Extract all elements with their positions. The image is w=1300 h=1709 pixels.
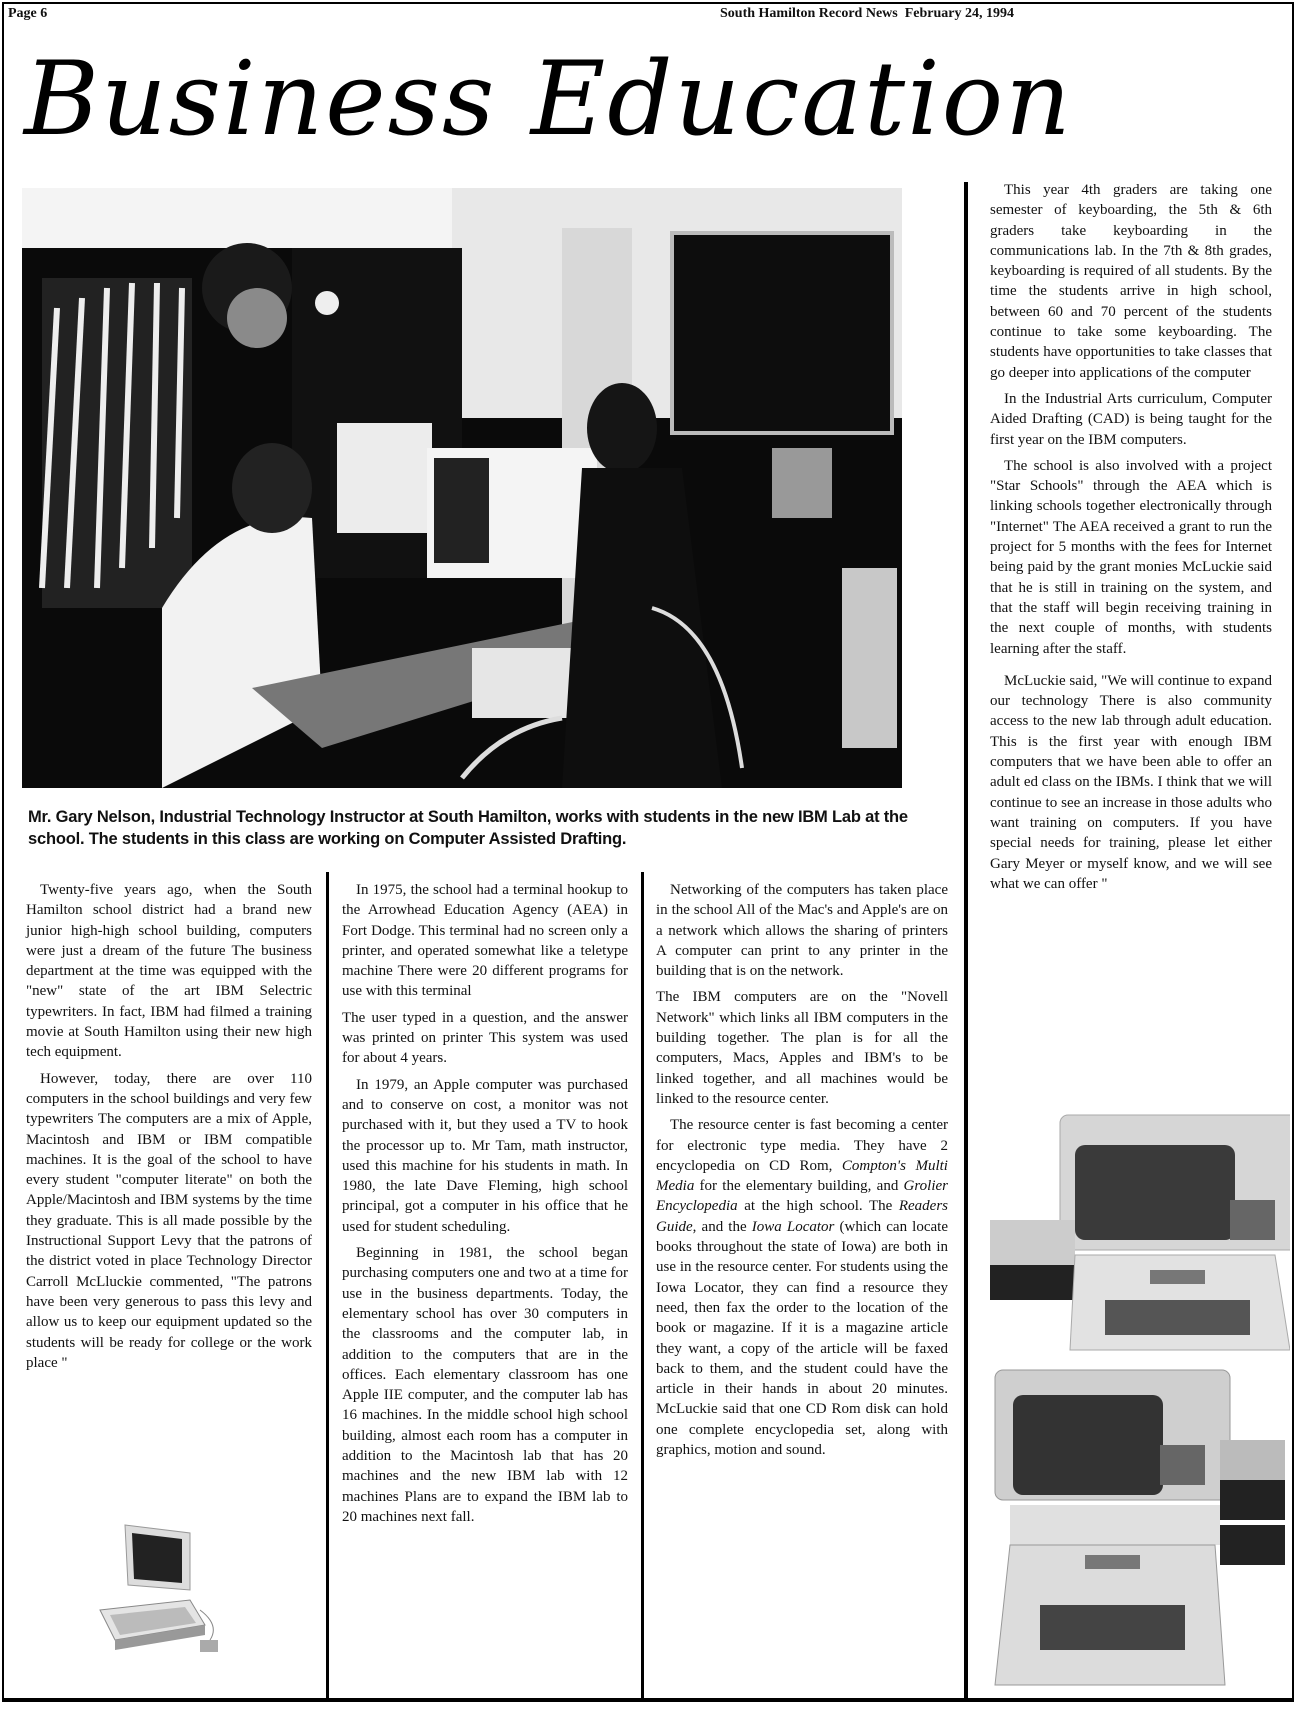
article-column-1: Twenty-five years ago, when the South Ha… [26, 880, 312, 1379]
publication-name: South Hamilton Record News [720, 6, 898, 21]
page-number: Page 6 [8, 6, 47, 22]
section-title: Business Education [24, 40, 1284, 160]
paragraph: However, today, there are over 110 compu… [26, 1069, 312, 1373]
apple-iic-photo [70, 1515, 220, 1665]
main-photo [22, 188, 902, 788]
text-run: , and the [693, 1219, 752, 1235]
computer-icon [70, 1515, 220, 1665]
paragraph: The user typed in a question, and the an… [342, 1008, 628, 1069]
apple-ii-photo-bottom [975, 1360, 1290, 1695]
paragraph: In the Industrial Arts curriculum, Compu… [990, 389, 1272, 450]
paragraph: In 1975, the school had a terminal hooku… [342, 880, 628, 1002]
computer-icon [975, 1105, 1290, 1355]
column-divider [326, 872, 329, 1700]
masthead: South Hamilton Record News February 24, … [720, 6, 1014, 22]
text-run: at the high school. The [738, 1198, 899, 1214]
paragraph: The school is also involved with a proje… [990, 456, 1272, 659]
article-column-2: In 1975, the school had a terminal hooku… [342, 880, 628, 1533]
paragraph: This year 4th graders are taking one sem… [990, 180, 1272, 383]
paragraph: In 1979, an Apple computer was purchased… [342, 1075, 628, 1237]
text-run: for the elementary building, and [694, 1178, 903, 1194]
issue-date: February 24, 1994 [905, 6, 1014, 21]
text-run: (which can locate books throughout the s… [656, 1219, 948, 1458]
computer-icon [975, 1360, 1290, 1695]
paragraph: Twenty-five years ago, when the South Ha… [26, 880, 312, 1063]
classroom-photo-icon [22, 188, 902, 788]
column-divider [964, 182, 968, 1700]
photo-caption: Mr. Gary Nelson, Industrial Technology I… [28, 806, 908, 850]
apple-ii-photo-top [975, 1105, 1290, 1355]
article-column-3: Networking of the computers has taken pl… [656, 880, 948, 1466]
paragraph: Beginning in 1981, the school began purc… [342, 1243, 628, 1527]
paragraph: McLuckie said, "We will continue to expa… [990, 671, 1272, 894]
column-divider [641, 872, 644, 1700]
paragraph: The IBM computers are on the "Novell Net… [656, 987, 948, 1109]
title-iowa-locator: Iowa Locator [752, 1219, 835, 1235]
paragraph: Networking of the computers has taken pl… [656, 880, 948, 981]
paragraph: The resource center is fast becoming a c… [656, 1115, 948, 1460]
article-column-4: This year 4th graders are taking one sem… [990, 180, 1272, 900]
